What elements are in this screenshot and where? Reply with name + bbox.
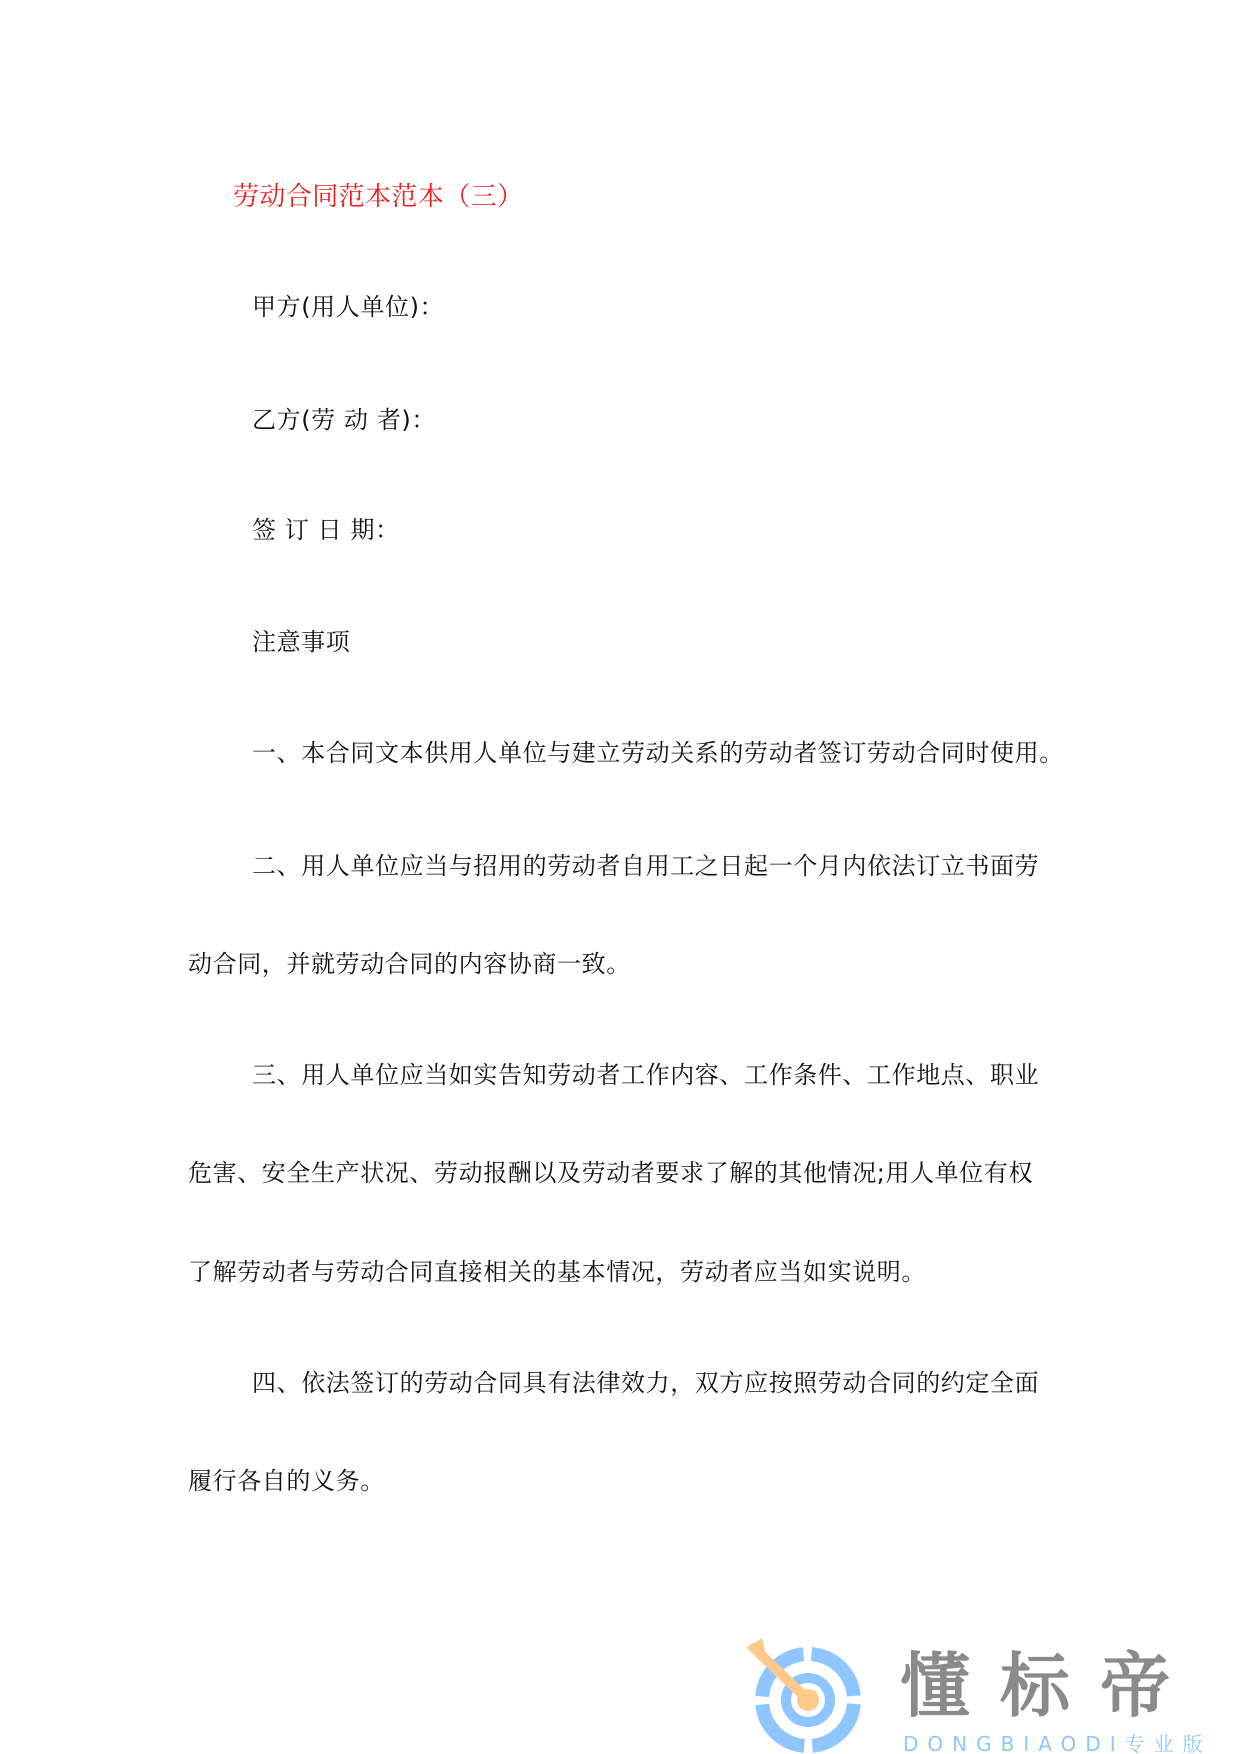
note-line: 三、用人单位应当如实告知劳动者工作内容、工作条件、工作地点、职业 bbox=[252, 1060, 1039, 1090]
target-arrow-icon bbox=[740, 1630, 880, 1754]
sign-date-field: 签 订 日 期： bbox=[252, 515, 400, 545]
note-line: 履行各自的义务。 bbox=[188, 1466, 385, 1496]
watermark-subtitle: DONGBIAODI专业版 bbox=[903, 1734, 1212, 1754]
note-line: 一、本合同文本供用人单位与建立劳动关系的劳动者签订劳动合同时使用。 bbox=[252, 738, 1064, 768]
notes-heading: 注意事项 bbox=[252, 627, 350, 657]
note-line: 四、依法签订的劳动合同具有法律效力，双方应按照劳动合同的约定全面 bbox=[252, 1368, 1039, 1398]
note-line: 二、用人单位应当与招用的劳动者自用工之日起一个月内依法订立书面劳 bbox=[252, 851, 1039, 881]
note-line: 动合同，并就劳动合同的内容协商一致。 bbox=[188, 949, 631, 979]
note-line: 危害、安全生产状况、劳动报酬以及劳动者要求了解的其他情况;用人单位有权 bbox=[188, 1158, 1033, 1188]
party-a-field: 甲方(用人单位)： bbox=[252, 292, 444, 322]
party-b-field: 乙方(劳 动 者)： bbox=[252, 405, 436, 435]
watermark-logo: 懂标帝 DONGBIAODI专业版 bbox=[740, 1630, 1220, 1754]
note-line: 了解劳动者与劳动合同直接相关的基本情况，劳动者应当如实说明。 bbox=[188, 1257, 926, 1287]
watermark-name: 懂标帝 bbox=[900, 1648, 1200, 1724]
document-title: 劳动合同范本范本（三） bbox=[233, 182, 523, 212]
